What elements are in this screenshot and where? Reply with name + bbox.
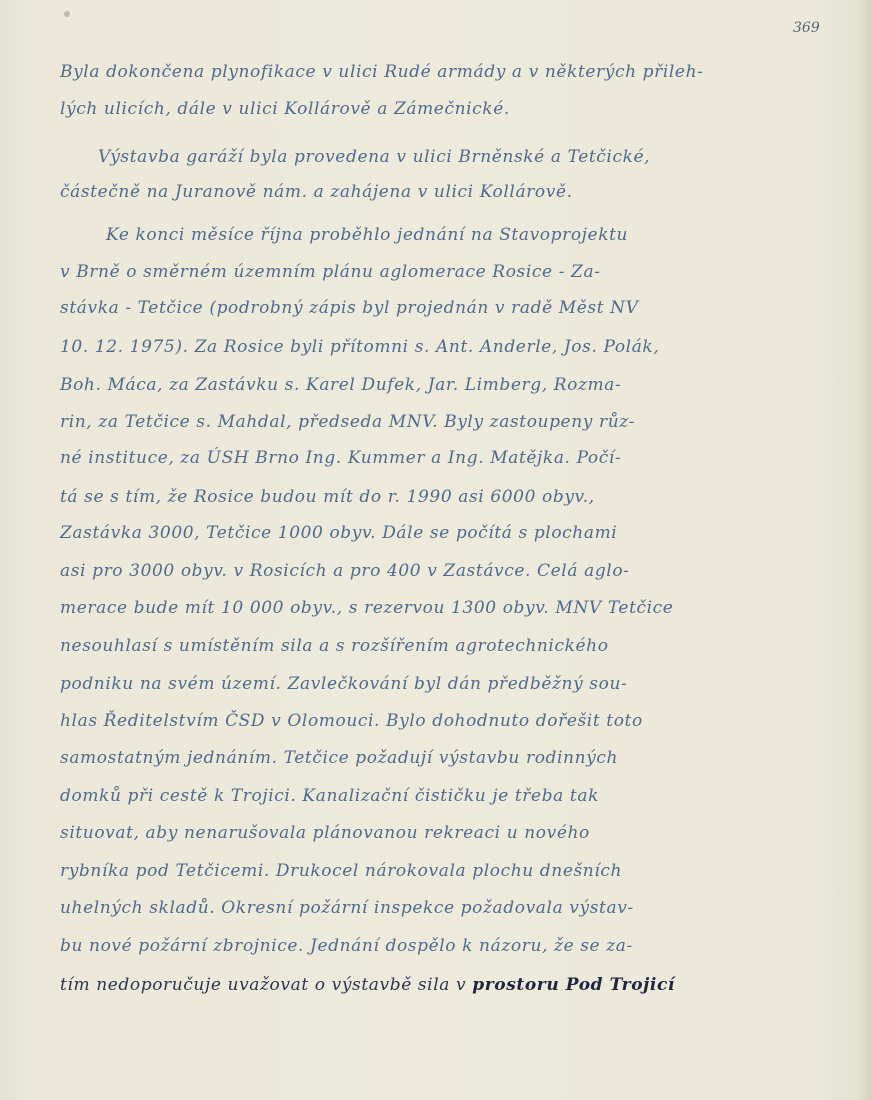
- text-line: 10. 12. 1975). Za Rosice byli přítomni s…: [60, 337, 659, 357]
- text-line: bu nové požární zbrojnice. Jednání dospě…: [60, 936, 633, 956]
- text-line: domků při cestě k Trojici. Kanalizační č…: [60, 786, 599, 806]
- text-line: rybníka pod Tetčicemi. Drukocel nárokova…: [60, 861, 622, 881]
- text-line: merace bude mít 10 000 obyv., s rezervou…: [60, 598, 673, 618]
- text-line: Byla dokončena plynofikace v ulici Rudé …: [60, 62, 704, 82]
- text-line: hlas Ředitelstvím ČSD v Olomouci. Bylo d…: [60, 711, 643, 731]
- text-line: tá se s tím, že Rosice budou mít do r. 1…: [60, 487, 595, 507]
- handwritten-chronicle-page: 369 Byla dokončena plynofikace v ulici R…: [0, 0, 871, 1100]
- dark-ink-annotation: prostoru Pod Trojicí: [472, 975, 675, 995]
- text-line: Boh. Máca, za Zastávku s. Karel Dufek, J…: [60, 375, 621, 395]
- text-line: stávka - Tetčice (podrobný zápis byl pro…: [60, 298, 639, 318]
- text-line: uhelných skladů. Okresní požární inspekc…: [60, 898, 634, 918]
- text-line: lých ulicích, dále v ulici Kollárově a Z…: [60, 99, 510, 119]
- text-line: samostatným jednáním. Tetčice požadují v…: [60, 748, 618, 768]
- text-line: v Brně o směrném územním plánu aglomerac…: [60, 262, 601, 282]
- text-line: Zastávka 3000, Tetčice 1000 obyv. Dále s…: [60, 523, 617, 543]
- text-line: Výstavba garáží byla provedena v ulici B…: [98, 147, 650, 167]
- text-line: nesouhlasí s umístěním sila a s rozšířen…: [60, 636, 609, 656]
- text-line: Ke konci měsíce října proběhlo jednání n…: [106, 225, 628, 245]
- text-line-last: tím nedoporučuje uvažovat o výstavbě sil…: [60, 975, 675, 995]
- text-line: asi pro 3000 obyv. v Rosicích a pro 400 …: [60, 561, 630, 581]
- text-line: rin, za Tetčice s. Mahdal, předseda MNV.…: [60, 412, 635, 432]
- text-line: né instituce, za ÚSH Brno Ing. Kummer a …: [60, 448, 621, 468]
- paper-speck: [64, 11, 70, 17]
- text-line: částečně na Juranově nám. a zahájena v u…: [60, 182, 573, 202]
- text-line: podniku na svém území. Zavlečkování byl …: [60, 674, 627, 694]
- page-number: 369: [793, 20, 820, 36]
- text-line: situovat, aby nenarušovala plánovanou re…: [60, 823, 590, 843]
- text-line-segment: tím nedoporučuje uvažovat o výstavbě sil…: [60, 975, 466, 995]
